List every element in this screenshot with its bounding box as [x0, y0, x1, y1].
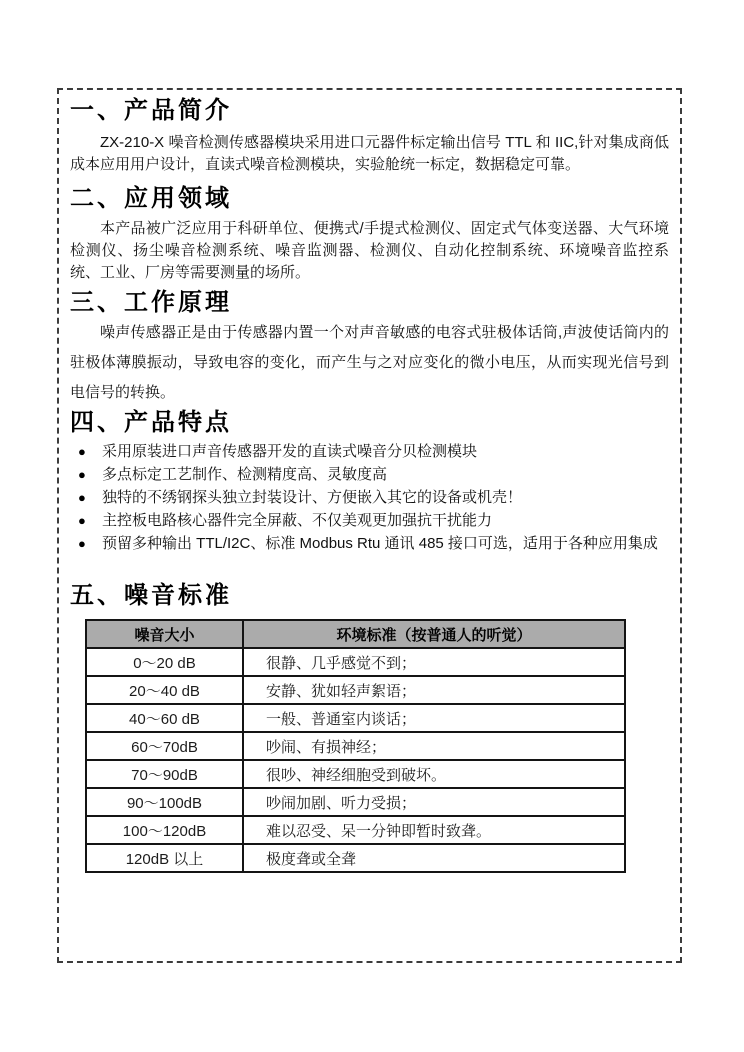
table-row: 100～120dB 难以忍受、呆一分钟即暂时致聋。 — [86, 816, 625, 844]
feature-item: 多点标定工艺制作、检测精度高、灵敏度高 — [76, 463, 669, 486]
noise-description-cell: 很静、几乎感觉不到； — [243, 648, 625, 676]
section-heading-product-intro: 一、产品简介 — [70, 96, 669, 126]
table-header-noise-level: 噪音大小 — [86, 620, 243, 648]
noise-level-cell: 90～100dB — [86, 788, 243, 816]
section-heading-product-features: 四、产品特点 — [70, 408, 669, 438]
section-heading-noise-standard: 五、噪音标准 — [70, 581, 669, 611]
noise-level-cell: 60～70dB — [86, 732, 243, 760]
table-row: 90～100dB 吵闹加剧、听力受损； — [86, 788, 625, 816]
noise-level-cell: 40～60 dB — [86, 704, 243, 732]
section-heading-working-principle: 三、工作原理 — [70, 288, 669, 318]
noise-description-cell: 吵闹、有损神经； — [243, 732, 625, 760]
feature-item: 预留多种输出 TTL/I2C、标准 Modbus Rtu 通讯 485 接口可选… — [76, 532, 669, 555]
section-heading-application-fields: 二、应用领域 — [70, 184, 669, 214]
table-header-environment-standard: 环境标准（按普通人的听觉） — [243, 620, 625, 648]
application-fields-paragraph: 本产品被广泛应用于科研单位、便携式/手提式检测仪、固定式气体变送器、大气环境检测… — [70, 218, 669, 284]
noise-level-cell: 20～40 dB — [86, 676, 243, 704]
working-principle-paragraph: 噪声传感器正是由于传感器内置一个对声音敏感的电容式驻极体话筒,声波使话筒内的驻极… — [70, 318, 669, 408]
noise-level-cell: 120dB 以上 — [86, 844, 243, 872]
table-row: 120dB 以上 极度聋或全聋 — [86, 844, 625, 872]
noise-description-cell: 安静、犹如轻声絮语； — [243, 676, 625, 704]
table-row: 40～60 dB 一般、普通室内谈话； — [86, 704, 625, 732]
noise-level-cell: 70～90dB — [86, 760, 243, 788]
table-row: 70～90dB 很吵、神经细胞受到破坏。 — [86, 760, 625, 788]
feature-item: 采用原装进口声音传感器开发的直读式噪音分贝检测模块 — [76, 440, 669, 463]
table-header-row: 噪音大小 环境标准（按普通人的听觉） — [86, 620, 625, 648]
noise-standard-table: 噪音大小 环境标准（按普通人的听觉） 0～20 dB 很静、几乎感觉不到； 20… — [85, 619, 626, 873]
product-intro-paragraph: ZX-210-X 噪音检测传感器模块采用进口元器件标定输出信号 TTL 和 II… — [70, 132, 669, 176]
noise-description-cell: 一般、普通室内谈话； — [243, 704, 625, 732]
table-row: 0～20 dB 很静、几乎感觉不到； — [86, 648, 625, 676]
noise-level-cell: 100～120dB — [86, 816, 243, 844]
feature-list: 采用原装进口声音传感器开发的直读式噪音分贝检测模块 多点标定工艺制作、检测精度高… — [70, 440, 669, 555]
noise-description-cell: 吵闹加剧、听力受损； — [243, 788, 625, 816]
table-row: 60～70dB 吵闹、有损神经； — [86, 732, 625, 760]
feature-item: 主控板电路核心器件完全屏蔽、不仅美观更加强抗干扰能力 — [76, 509, 669, 532]
noise-level-cell: 0～20 dB — [86, 648, 243, 676]
noise-description-cell: 极度聋或全聋 — [243, 844, 625, 872]
page-border-frame: 一、产品简介 ZX-210-X 噪音检测传感器模块采用进口元器件标定输出信号 T… — [57, 88, 682, 963]
table-row: 20～40 dB 安静、犹如轻声絮语； — [86, 676, 625, 704]
noise-description-cell: 很吵、神经细胞受到破坏。 — [243, 760, 625, 788]
noise-description-cell: 难以忍受、呆一分钟即暂时致聋。 — [243, 816, 625, 844]
feature-item: 独特的不绣钢探头独立封装设计、方便嵌入其它的设备或机壳！ — [76, 486, 669, 509]
